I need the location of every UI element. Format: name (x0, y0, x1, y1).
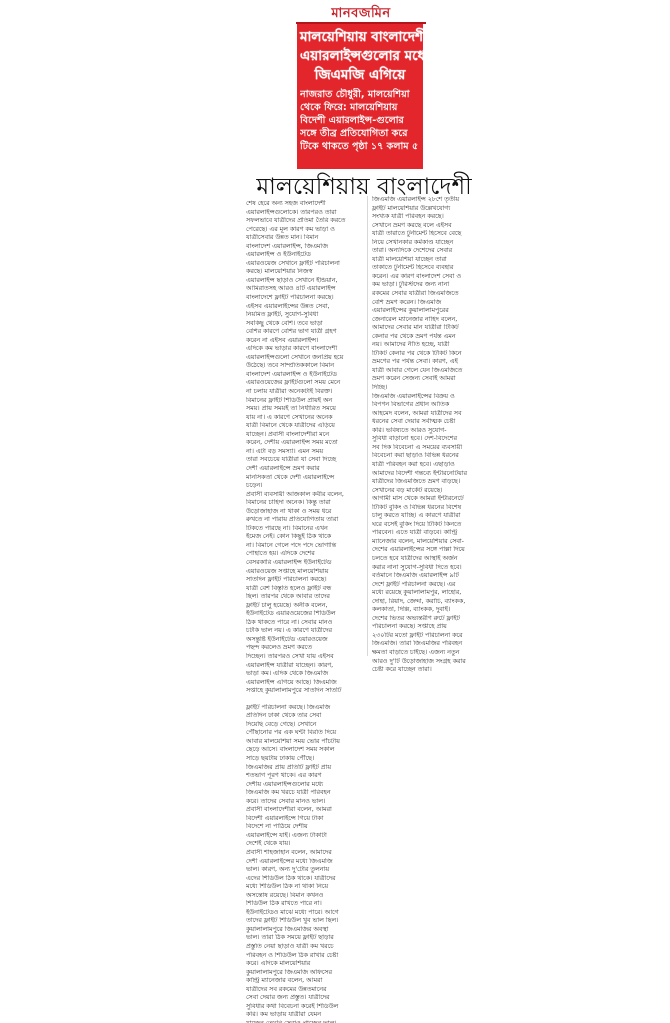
text-line: টিকিট কেনার পর থেকে টিকিট কিনে (372, 350, 490, 359)
text-line: কুয়ালালামপুরে জিএমজির অবস্থা (246, 926, 364, 935)
teaser-byline: নাজরাত চৌধুরী, মালয়েশিয়া থেকে ফিরে: মা… (300, 88, 420, 153)
text-line: করছে। মালয়েশিয়ার নিজস্ব (246, 268, 364, 277)
text-line: তাদের ফ্লাইট শিডিউল খুব ভাল ছিল। (246, 917, 364, 926)
text-line: ছিল। তারপর থেকে আবার তাদের (246, 593, 364, 602)
text-line: অসন্তুষ্টি ইউনাইটেড এয়ারওয়েজ (246, 636, 364, 645)
text-line: ভাল। কারণ, অন্য দু'টোর তুলনায় (246, 866, 364, 875)
text-line: পেরেছে। এর মূল কারণ কম ভাড়া ও (246, 226, 364, 235)
front-page-teaser-box: মালয়েশিয়ায় বাংলাদেশী এয়ারলাইন্সগুলোর… (297, 24, 423, 169)
text-line: বাংলাদেশে ফ্লাইট পরিচালনা করছে। (246, 294, 364, 303)
article-paragraph: ফ্লাইট পরিচালনা করছে। জিএমজিপ্রতিদিন ঢাক… (246, 704, 364, 1023)
text-line: করি। কম ভাড়ায় যাত্রীরা যেমন (246, 1011, 364, 1020)
text-line: চালু করতে যাচ্ছি। এ কারণে যাত্রীরা (372, 512, 490, 521)
text-line: শিডিউল ঠিক রাখতে পারে না। (246, 900, 364, 909)
text-line: আবার মালয়েশিয়া সময় ভোর পাঁচটায় (246, 738, 364, 747)
text-line: করেন, দেশীয় এয়ারলাইন্স সময় মতো (246, 439, 364, 448)
text-line: পরিবহন ও শিডিউল ঠিক রাখার চেষ্টা (246, 952, 364, 961)
text-line: মধ্যে শিডিউল ঠিক না থাকা নিয়ে (246, 883, 364, 892)
text-line: মানসিকতা থেকে দেশী এয়ারলাইন্সে (246, 474, 364, 483)
text-line: দিয়েছি বেড়ে গেছে। সেখানে (246, 721, 364, 730)
text-line: পছন্দ করলেও ভ্রমণ করতে (246, 644, 364, 653)
text-line: যাত্রীদের জিএমজিতে ভ্রমণ বাড়ছে। (372, 478, 490, 487)
text-line: এদিকে কম ভাড়ার কারণে বাংলাদেশী (246, 345, 364, 354)
text-line: বিমানের ফ্লাইট শিডিউল প্রায়ই অন (246, 397, 364, 406)
text-line: আমাদের সেবার মান যাত্রীরা টিকিট (372, 324, 490, 333)
text-line: না চলায় যাত্রীরা অনেকটাই বিরক্ত। (246, 388, 364, 397)
text-line: বেশির কারণে বেশির ভাগ যাত্রী গ্রহণ (246, 328, 364, 337)
text-line: শেষ হেরে অন্য সহজ বাংলাদেশী (246, 200, 364, 209)
text-line: সুবিধা বাড়ানো হবে। দেশ-বিদেশের (372, 435, 490, 444)
text-line: জিএমজি এয়ারলাইন্স ২৮শে তৃতীয় (372, 196, 490, 205)
teaser-byline-line: সঙ্গে তীব্র প্রতিযোগিতা করে (300, 127, 420, 140)
text-line: তারা। অন্যদিকে দেশেদের সেবার (372, 247, 490, 256)
text-line: রুখতে না পারায় প্রতিযোগিতায় তারা (246, 516, 364, 525)
text-line: সেখানে ভ্রমণ করছে বলে এইসব (372, 222, 490, 231)
text-line: যাত্রী মালয়েশিয়া যাচ্ছেন তারা (372, 256, 490, 265)
teaser-byline-line: বিদেশী এয়ারলাইন্স-গুলোর (300, 114, 420, 127)
text-line: আগামী মাস থেকে আমরা ইন্টারনেটে (372, 495, 490, 504)
text-line: এয়ারলাইন্স এগিয়ে আছে। জিএমজি (246, 679, 364, 688)
text-line: দেশের ভিতর অভ্যন্তরীণ রুটে ফ্লাইট (372, 615, 490, 624)
text-line: পোহাতে হয়। এদিকে দেশের (246, 550, 364, 559)
text-line: জেনারেল ম্যানেজার নাহিদ বলেন, (372, 316, 490, 325)
text-line: পরিচালনা করছে। সপ্তাহে প্রায় (372, 623, 490, 632)
text-line: শতভাগ পূরণ থাকে। এর কারণ (246, 772, 364, 781)
text-line: চলতে হবে যাত্রীদের আস্থাই অর্জন (372, 555, 490, 564)
text-line: যাত্রীদের সব রকমের উন্নতমানের (246, 986, 364, 995)
text-line: সময়। প্রায় সময়ই তা নির্ধারিত সময়ে (246, 405, 364, 414)
text-line: জিএমজি কম খরচে যাত্রী পরিবহন (246, 789, 364, 798)
text-line: করে। তাদের সেবার মানও ভাল। (246, 798, 364, 807)
text-line: নিয়মিত ফ্লাইট, সুযোগ-সুবিধা (246, 311, 364, 320)
text-line: ম্যানেজার বলেন, মালয়েশিয়ার সেবা- (372, 538, 490, 547)
text-line: কান্ট্রি ম্যানেজার বলেন, আমরা (246, 977, 364, 986)
text-line: দেশেই থেকে যায়। (246, 840, 364, 849)
text-line: যাত্রী বেশ বিস্তৃতি হলেও ফ্লাইট বন্ধ (246, 585, 364, 594)
text-line: দেশী এয়ারলাইন্সের মধ্যে জিএমজি (246, 858, 364, 867)
text-line: সংখ্যক যাত্রী পরিবহন করছে। (372, 213, 490, 222)
text-line: এয়ারলাইন্সের কুয়ালালামপুরের (372, 307, 490, 316)
text-line: প্রতিদিন ঢাকা থেকে তার সেবা (246, 712, 364, 721)
text-line: এইসব এয়ারলাইন্সের উন্নত সেবা, (246, 303, 364, 312)
text-line: ঘরে বসেই বুকিং দিয়ে টিকিট কিনতে (372, 521, 490, 530)
text-line: যাত্রী তারাতে টুর্নামেন্ট হিসেবে বেছে (372, 230, 490, 239)
article-paragraph: জিএমজি এয়ারলাইন্স ২৮শে তৃতীয়ফ্লাইট মাল… (372, 196, 490, 675)
text-line: চড়েন। (246, 482, 364, 491)
text-line: বর্তমানে জিএমজি এয়ারলাইন্স ৯টি (372, 572, 490, 581)
text-line: উঠেছে। তবে সাম্প্রতিককালে বিমান (246, 362, 364, 371)
text-line: ফ্লাইট পরিচালনা করছে। জিএমজি (246, 704, 364, 713)
text-line: বিবেচনা করা ছাড়াও বিভিন্ন ধরনের (372, 452, 490, 461)
text-line: যায় না। এ কারণে সেখানের অনেক (246, 414, 364, 423)
text-line: সুবিধার কথা বিবেচনা করেই শিডিউল (246, 1003, 364, 1012)
text-line: দেশী এয়ারলাইন্সে ভ্রমণ করার (246, 465, 364, 474)
text-line: জিএমজি এয়ারলাইন্সের বিক্রয় ও (372, 393, 490, 402)
text-line: দিচ্ছি। (372, 384, 490, 393)
text-line: বিদেশী এয়ারলাইন্সে গিয়ে টাকা (246, 815, 364, 824)
text-line: করি। ভবিষ্যতে আরও সুযোগ- (372, 427, 490, 436)
text-line: ভাড়া কম। এদিক থেকে জিএমজি (246, 670, 364, 679)
text-line: ভ্রমণ করেন সেজন্য সেবাই আমরা (372, 375, 490, 384)
text-line: যাত্রী বিমানে থেকে যাত্রীদের এড়িয়ে (246, 422, 364, 431)
text-line: যাত্রী আবার গেলে যেন জিএমজিতে (372, 367, 490, 376)
column-divider (367, 196, 368, 656)
text-line: জিএমজি। তারা জিএমজির পরিবহন (372, 640, 490, 649)
text-line: আমাদের বিদেশী গন্তব্যে ইন্টারনেটিয়ার (372, 470, 490, 479)
text-line: বাংলাদেশ এয়ারলাইন্স ও ইউনাইটেড (246, 371, 364, 380)
text-line: বিপণন বিভাগের প্রধান আতিক (372, 401, 490, 410)
text-line: টিকিট বুকিং ও বিভিন্ন ধরনের বিশেষ (372, 504, 490, 513)
text-line: নয়। আমাদের নীতি হচ্ছে, যাত্রী (372, 341, 490, 350)
text-line: পৌঁছানোর পর এক ঘন্টা বিরতি দিয়ে (246, 729, 364, 738)
text-line: না। বিমানে গেলে পদে পদে ভোগান্তি (246, 542, 364, 551)
text-line: কেনার পর থেকে ভ্রমণ পর্যন্ত এমন (372, 333, 490, 342)
text-line: প্রবাসী শাহজাহান বলেন, আমাদের (246, 849, 364, 858)
text-line: ফ্লাইট মালয়েশিয়ার উল্লেখযোগ্য (372, 205, 490, 214)
text-line: কলকাতা, দিল্লি, ব্যাংকক, দুবাই। (372, 606, 490, 615)
text-line: এয়ারলাইন্সগুলোকে। তারপরও তারা (246, 209, 364, 218)
teaser-byline-line: টিকে থাকতে পৃষ্ঠা ১৭ কলাম ৫ (300, 140, 420, 153)
text-line: ক্ষমতা বাড়াতে চাইছে। এজন্য নতুন (372, 649, 490, 658)
text-line: করার নানা সুযোগ-সুবিধা দিতে হবে। (372, 564, 490, 573)
text-line: দেশে ফ্লাইট পরিচালনা করছে। এর (372, 581, 490, 590)
text-line: চেষ্টা করে যাচ্ছেন তারা। (372, 666, 490, 675)
article-column-right: জিএমজি এয়ারলাইন্স ২৮শে তৃতীয়ফ্লাইট মাল… (372, 196, 490, 675)
teaser-byline-line: থেকে ফিরে: মালয়েশিয়ায় (300, 101, 420, 114)
text-line: এয়ারলাইন্স যাত্রীরা যাচ্ছেন। কারণ, (246, 662, 364, 671)
text-line: সফলভাবে যাত্রীদের প্রতিমা তৈরি করতে (246, 217, 364, 226)
text-line: কম ভাড়া। টুরিস্টদের জন্য নানা (372, 281, 490, 290)
text-line: এয়ারওয়েজ সপ্তাহে মালয়েশিয়ায় (246, 568, 364, 577)
text-line: আহমেদ বলেন, আমরা যাত্রীদের সব (372, 410, 490, 419)
text-line: এয়ারলাইন্স ছাড়াও সেখানে ইন্ডিয়ান, (246, 277, 364, 286)
text-line: ফ্লাইট চালু হয়েছে। অনীক বলেন, (246, 602, 364, 611)
text-line: তারা সবচেয়ে যাত্রীরা যা সেবা দিচ্ছে (246, 456, 364, 465)
article-column-left: শেষ হেরে অন্য সহজ বাংলাদেশীএয়ারলাইন্সগু… (246, 200, 364, 1023)
text-line: টিকতে পারছে না। বিমানের এখন (246, 525, 364, 534)
paragraph-gap (246, 696, 364, 704)
text-line: তাকাতে টুর্নামেন্ট হিসেবে ব্যবহার (372, 264, 490, 273)
article-paragraph: শেষ হেরে অন্য সহজ বাংলাদেশীএয়ারলাইন্সগু… (246, 200, 364, 696)
text-line: সবকিছু থেকে বেশি। তবে ভাড়া (246, 320, 364, 329)
text-line: এয়ারলাইন্সে যাই। এজন্য টাকাটা (246, 832, 364, 841)
text-line: করেন না এইসব এয়ারলাইন্স। (246, 337, 364, 346)
text-line: ২৩০টির মতো ফ্লাইট পরিচালনা করে (372, 632, 490, 641)
text-line: ঠিক থাকতে পারে না। সেবার মানও (246, 619, 364, 628)
text-line: সপ্তাহে কুয়ালালামপুরে সাতদিন সাতটি (246, 687, 364, 696)
text-line: দেশের এয়ারলাইন্সের সঙ্গে পাল্লা দিয়ে (372, 546, 490, 555)
text-line: এয়ারওয়েজ সেখানে ফ্লাইট পরিচালনা (246, 260, 364, 269)
text-line: না। এটা বড় সমস্যা। এমন সময় (246, 448, 364, 457)
text-line: যাত্রী পরিবহন করা হবে। এছাড়াও (372, 461, 490, 470)
text-line: এয়ারলাইন্সগুলো সেখানে জনপ্রিয় হয়ে (246, 354, 364, 363)
text-line: বেসরকারি এয়ারলাইন্স ইউনাইটেড (246, 559, 364, 568)
text-line: নিয়ে সেখানকার কর্মকাণ্ড যাচ্ছেন (372, 239, 490, 248)
text-line: দিচ্ছেন। তারপরও সেখা যায় এইসব (246, 653, 364, 662)
text-line: এয়ারওয়েজের ফ্লাইটগুলো সময় মেনে (246, 379, 364, 388)
text-line: বিদেশে না পাঠিয়ে দেশীয় (246, 823, 364, 832)
text-line: কুয়ালালামপুরে জিএমজি অফিসের (246, 969, 364, 978)
text-line: ইউনাইটেড এয়ারওয়েজের শিডিউল (246, 610, 364, 619)
teaser-byline-line: নাজরাত চৌধুরী, মালয়েশিয়া (300, 88, 420, 101)
text-line: দেশীয় এয়ারলাইন্সগুলোর মধ্যে (246, 781, 364, 790)
text-line: যাত্রীসেবার উন্নত মান। বিমান (246, 234, 364, 243)
text-line: সাড়ে ছয়টায় ঢাকায় পৌঁছে। (246, 755, 364, 764)
text-line: প্রস্তুতি নেয়া ছাড়াও যাত্রী কম খরচে (246, 943, 364, 952)
text-line: সাতদিন ফ্লাইট পরিচালনা করছে। (246, 576, 364, 585)
text-line: দোহা, রিয়াদ, জেদ্দা, করাচি, ব্যাংকক, (372, 598, 490, 607)
text-line: চটকি ভাল নয়। এ কারণে যাত্রীদের (246, 627, 364, 636)
text-line: প্রবাসী বাংলাদেশীরা বলেন, আমরা (246, 806, 364, 815)
text-line: ইমেজ নেই। কোন কিছুই ঠিক থাকে (246, 533, 364, 542)
text-line: সব দিক বিবেচনা এ সময়ের ব্যবসায়ী (372, 444, 490, 453)
text-line: বিমানের চাহিদা অনেক। কিন্তু তারা (246, 499, 364, 508)
text-line: ধরনের সেবা দেয়ার সর্বাত্মক চেষ্টা (372, 418, 490, 427)
text-line: অসন্তোষ রয়েছে। বিমান কখনও (246, 892, 364, 901)
text-line: এদের শিডিউল ঠিক থাকে। যাত্রীদের (246, 875, 364, 884)
text-line: ইউনাইটেডও মাঝে মধ্যে পারে। আগে (246, 909, 364, 918)
text-line: আরও দু'টি উড়োজাহাজ সংগ্রহ করার (372, 658, 490, 667)
text-line: করেন। এর কারণ বাংলাদেশ সেবা ও (372, 273, 490, 282)
teaser-headline-line: জিএমজি এগিয়ে (300, 66, 420, 85)
text-line: পারবেন। এতে যাত্রী বাড়বে। কান্ট্রি (372, 529, 490, 538)
text-line: উড়োজাহাজ না থাকা ও সময় ধরে (246, 508, 364, 517)
text-line: বাংলাদেশ এয়ারলাইন্স, জিএমজি (246, 243, 364, 252)
text-line: বেশি ভ্রমণ করেন। জিএমজি (372, 299, 490, 308)
text-line: মধ্যে রয়েছে কুয়ালালামপুর, লাহোর, (372, 589, 490, 598)
text-line: এয়ারলাইন্স ও ইউনাইটেড (246, 251, 364, 260)
text-line: যাচ্ছেন। প্রবাসী বাংলাদেশীরা মনে (246, 431, 364, 440)
text-line: করে। এদিকে মালয়েশিয়ার (246, 960, 364, 969)
text-line: ছেড়ে আসে। বাংলাদেশ সময় সকাল (246, 746, 364, 755)
teaser-headline-line: এয়ারলাইন্সগুলোর মধ্যে (300, 47, 420, 66)
text-line: ভাল। তারা ঠিক সময়ে ফ্লাইট ছাড়ার (246, 934, 364, 943)
text-line: রকমের সেবার যাত্রীরা জিএমজিতে (372, 290, 490, 299)
teaser-headline-line: মালয়েশিয়ায় বাংলাদেশী (300, 28, 420, 47)
text-line: জিএমজির প্রায় প্রতিটি ফ্লাইট প্রায় (246, 764, 364, 773)
text-line: ভ্রমণের পর পর্যন্ত সেবা। কারণ, এই (372, 358, 490, 367)
text-line: সেখানের বড় মার্কেট রয়েছে। (372, 487, 490, 496)
text-line: আমিরাতসহ আরও ৪টি এয়ারলাইন্স (246, 285, 364, 294)
text-line: প্রবাসী ব্যবসায়ী আজকাল কবীর বলেন, (246, 491, 364, 500)
text-line: সেবা দেয়ার জন্য প্রস্তুত। যাত্রীদের (246, 994, 364, 1003)
